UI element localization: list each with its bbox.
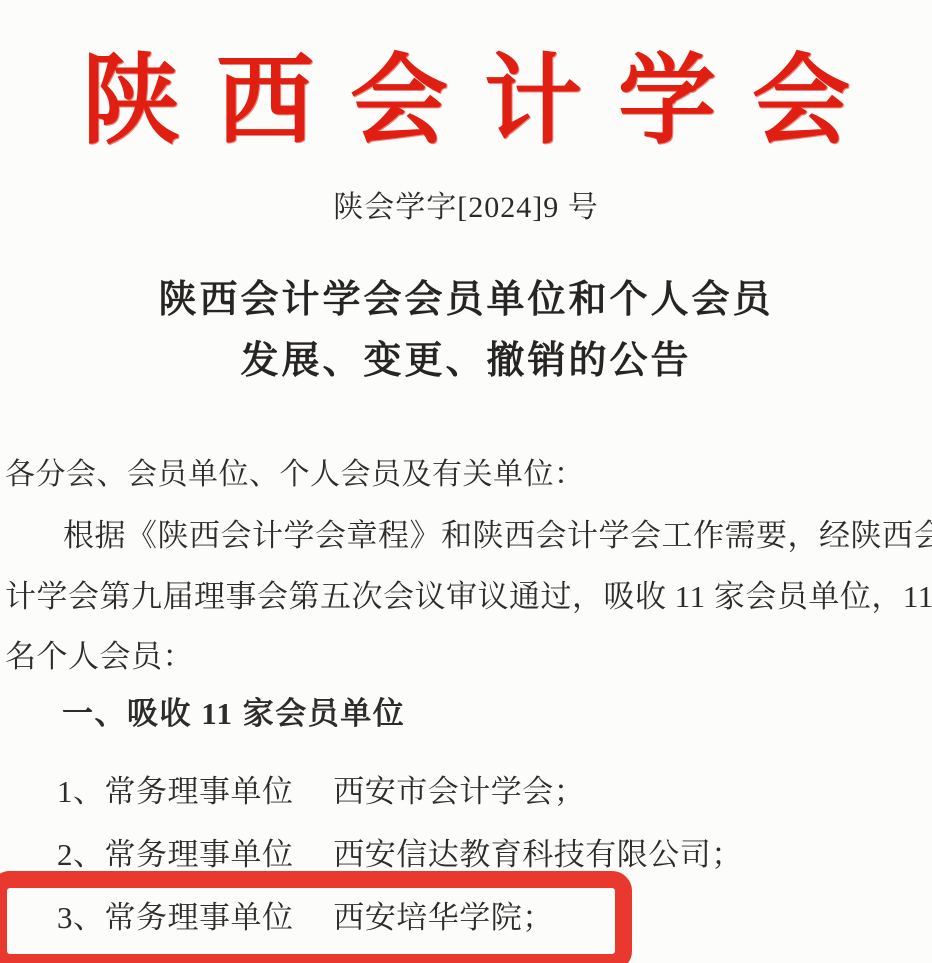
member-list-item-3: 3、常务理事单位 西安培华学院； [57, 899, 554, 936]
member-list-item-2: 2、常务理事单位 西安信达教育科技有限公司； [57, 836, 743, 873]
member-list-item-1: 1、常务理事单位 西安市会计学会； [57, 773, 585, 810]
section-heading: 一、吸收 11 家会员单位 [62, 695, 405, 732]
announcement-title-line1: 陕西会计学会会员单位和个人会员 [0, 270, 932, 331]
scanned-document-page: 陕西会计学会 陕会学字[2024]9 号 陕西会计学会会员单位和个人会员 发展、… [0, 0, 932, 963]
body-paragraph-line-1: 根据《陕西会计学会章程》和陕西会计学会工作需要，经陕西会 [63, 517, 932, 554]
announcement-title: 陕西会计学会会员单位和个人会员 发展、变更、撤销的公告 [0, 270, 932, 392]
document-reference-number: 陕会学字[2024]9 号 [0, 182, 932, 226]
salutation-line: 各分会、会员单位、个人会员及有关单位： [5, 456, 585, 493]
body-paragraph-line-2: 计学会第九届理事会第五次会议审议通过，吸收 11 家会员单位，114 [5, 578, 932, 615]
organization-title: 陕西会计学会 [0, 22, 932, 163]
body-paragraph-line-3: 名个人会员： [5, 638, 194, 675]
announcement-title-line2: 发展、变更、撤销的公告 [0, 331, 932, 392]
